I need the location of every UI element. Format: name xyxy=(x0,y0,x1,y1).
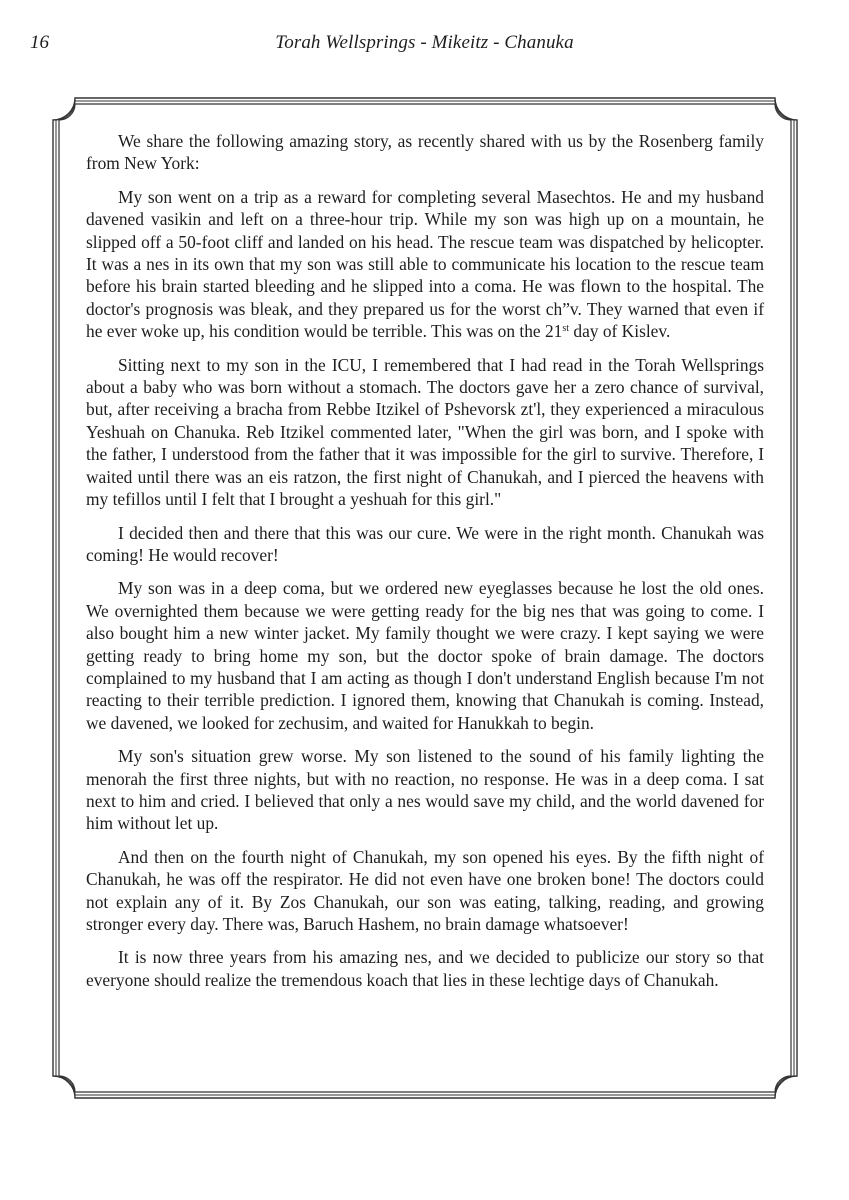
paragraph-decision: I decided then and there that this was o… xyxy=(86,522,764,567)
paragraph-icu: Sitting next to my son in the ICU, I rem… xyxy=(86,354,764,511)
paragraph-intro: We share the following amazing story, as… xyxy=(86,130,764,175)
paragraph-accident-text: My son went on a trip as a reward for co… xyxy=(86,187,764,341)
paragraph-accident: My son went on a trip as a reward for co… xyxy=(86,186,764,343)
date-rest: day of Kislev. xyxy=(569,321,670,341)
date-number: 21 xyxy=(545,321,562,341)
paragraph-recovery: And then on the fourth night of Chanukah… xyxy=(86,846,764,936)
paragraph-worsening: My son's situation grew worse. My son li… xyxy=(86,745,764,835)
paragraph-preparation: My son was in a deep coma, but we ordere… xyxy=(86,577,764,734)
article-body: We share the following amazing story, as… xyxy=(86,130,764,1002)
paragraph-conclusion: It is now three years from his amazing n… xyxy=(86,946,764,991)
